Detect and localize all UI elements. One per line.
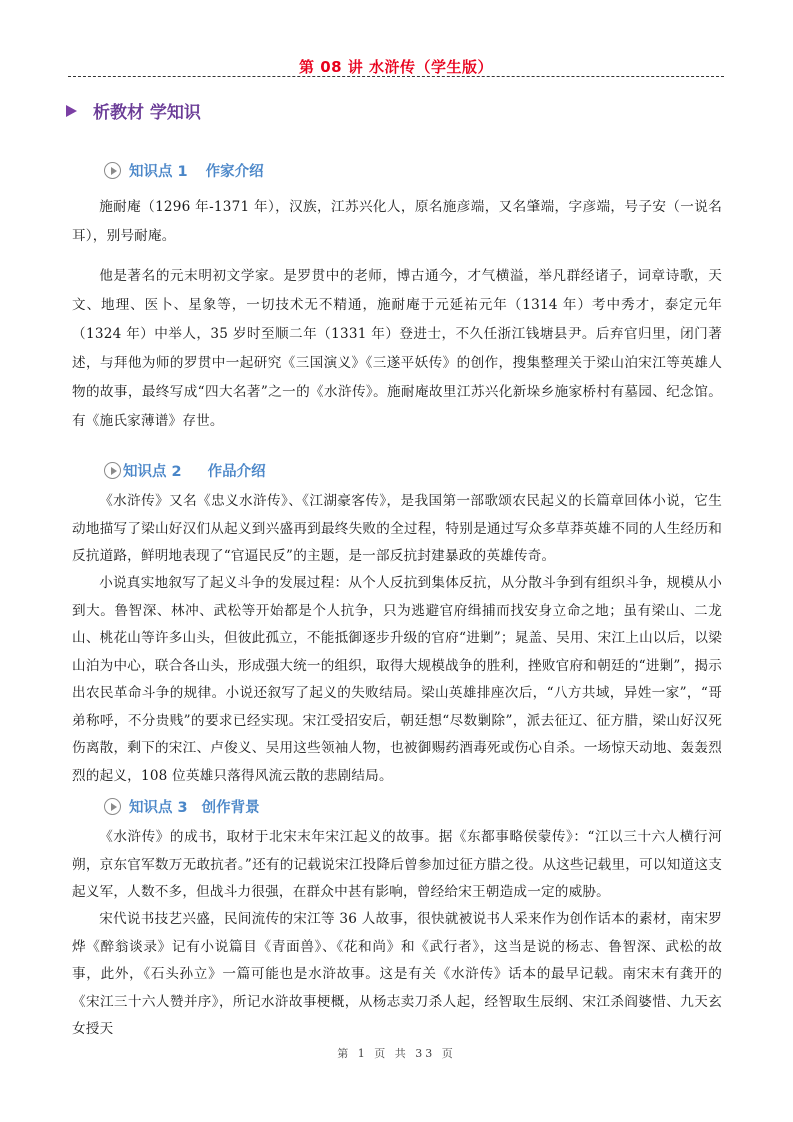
circle-arrow-icon — [104, 162, 121, 179]
knowledge-point-title: 创作背景 — [202, 796, 260, 817]
paragraph: 他是著名的元末明初文学家。是罗贯中的老师，博古通今，才气横溢，举凡群经诸子，词章… — [72, 262, 722, 436]
paragraph: 《水浒传》又名《忠义水浒传》、《江湖豪客传》，是我国第一部歌颂农民起义的长篇章回… — [72, 488, 722, 571]
knowledge-point-label: 知识点 2 — [123, 460, 182, 481]
knowledge-point-label: 知识点 3 — [129, 796, 188, 817]
section-heading-text: 析教材 学知识 — [93, 98, 201, 123]
page-header: 第 08 讲 水浒传（学生版） — [68, 56, 724, 78]
knowledge-point-3-heading: 知识点 3 创作背景 — [104, 796, 260, 817]
knowledge-point-title: 作家介绍 — [206, 160, 264, 181]
section-heading: 析教材 学知识 — [66, 98, 201, 123]
paragraph: 小说真实地叙写了起义斗争的发展过程：从个人反抗到集体反抗，从分散斗争到有组织斗争… — [72, 570, 722, 790]
paragraph: 《水浒传》的成书，取材于北宋末年宋江起义的故事。据《东都事略侯蒙传》：“江以三十… — [72, 824, 722, 907]
circle-arrow-icon — [104, 798, 121, 815]
knowledge-point-2-heading: 知识点 2 作品介绍 — [104, 460, 266, 481]
header-divider — [68, 76, 724, 77]
knowledge-point-label: 知识点 1 — [129, 160, 188, 181]
circle-arrow-icon — [104, 462, 121, 479]
page-footer: 第 1 页 共 33 页 — [0, 1045, 793, 1061]
document-title: 第 08 讲 水浒传（学生版） — [299, 58, 493, 76]
knowledge-point-1-heading: 知识点 1 作家介绍 — [104, 160, 264, 181]
knowledge-point-title: 作品介绍 — [208, 460, 266, 481]
arrow-right-icon — [66, 105, 77, 117]
paragraph: 施耐庵（1296 年-1371 年），汉族，江苏兴化人，原名施彦端，又名肇端，字… — [72, 193, 722, 251]
paragraph: 宋代说书技艺兴盛，民间流传的宋江等 36 人故事，很快就被说书人采来作为创作话本… — [72, 906, 722, 1044]
